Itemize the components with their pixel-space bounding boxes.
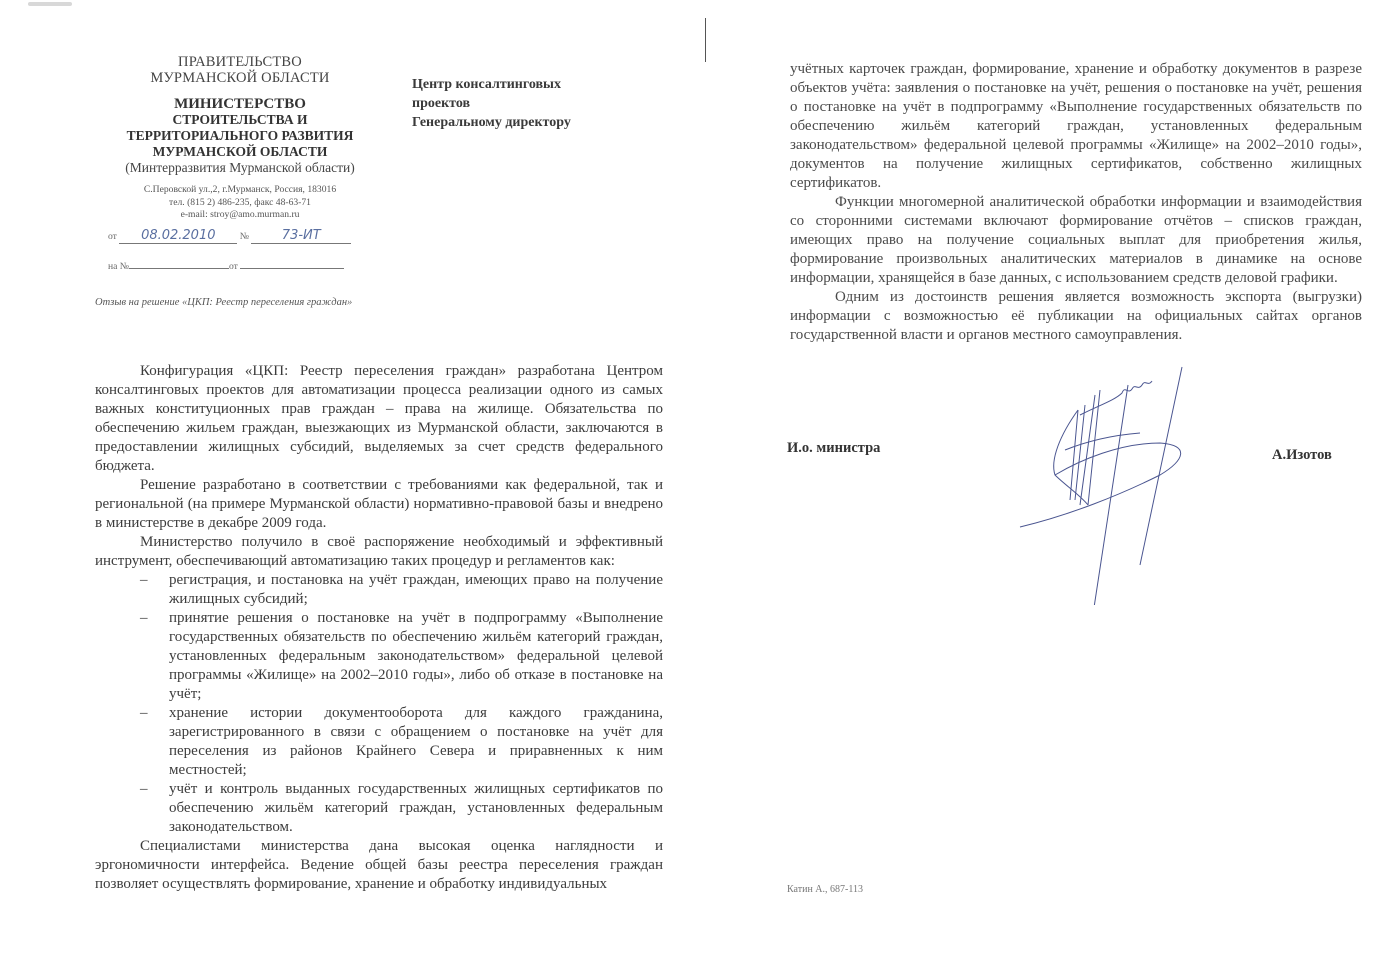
page-fold-line xyxy=(705,18,706,62)
body-right-page: учётных карточек граждан, формирование, … xyxy=(790,60,1362,345)
paragraph: Министерство получило в своё распоряжени… xyxy=(95,533,663,571)
addressee-line: Генеральному директору xyxy=(412,113,571,132)
ref-number-label: на № xyxy=(108,261,129,272)
list-item: регистрация, и постановка на учёт гражда… xyxy=(95,571,663,609)
signer-title: И.о. министра xyxy=(787,440,880,457)
paragraph: Функции многомерной аналитической обрабо… xyxy=(790,193,1362,288)
addressee-line: Центр консалтинговых xyxy=(412,75,571,94)
paragraph: Специалистами министерства дана высокая … xyxy=(95,837,663,894)
addressee-line: проектов xyxy=(412,94,571,113)
number-label: № xyxy=(240,231,249,242)
paragraph: Конфигурация «ЦКП: Реестр переселения гр… xyxy=(95,362,663,476)
email: e-mail: stroy@amo.murman.ru xyxy=(90,209,390,222)
addressee: Центр консалтинговых проектов Генерально… xyxy=(412,75,571,132)
outgoing-date: 08.02.2010 xyxy=(119,228,237,244)
procedures-list: регистрация, и постановка на учёт гражда… xyxy=(95,571,663,837)
from-label: от xyxy=(108,231,117,242)
paragraph-continuation: учётных карточек граждан, формирование, … xyxy=(790,60,1362,193)
list-item: хранение истории документооборота для ка… xyxy=(95,704,663,780)
paragraph: Одним из достоинств решения является воз… xyxy=(790,288,1362,345)
ministry-line: ТЕРРИТОРИАЛЬНОГО РАЗВИТИЯ xyxy=(90,128,390,144)
ref-number-blank xyxy=(129,258,229,269)
contact-block: С.Перовской ул.,2, г.Мурманск, Россия, 1… xyxy=(90,184,390,222)
ministry-line: СТРОИТЕЛЬСТВА И xyxy=(90,112,390,128)
address: С.Перовской ул.,2, г.Мурманск, Россия, 1… xyxy=(90,184,390,197)
handwritten-signature-icon xyxy=(1010,365,1230,605)
ref-date-blank xyxy=(240,258,344,269)
executor-info: Катин А., 687-113 xyxy=(787,884,863,895)
signer-name: А.Изотов xyxy=(1272,447,1332,464)
registration-line: от 08.02.2010 № 73-ИТ xyxy=(108,228,351,244)
body-left-page: Конфигурация «ЦКП: Реестр переселения гр… xyxy=(95,362,663,894)
paragraph: Решение разработано в соответствии с тре… xyxy=(95,476,663,533)
scan-artifact xyxy=(28,2,72,6)
reference-line: на №от xyxy=(108,258,344,272)
ministry-short-name: (Минтерразвития Мурманской области) xyxy=(90,160,390,176)
phone-fax: тел. (815 2) 486-235, факс 48-63-71 xyxy=(90,197,390,210)
government-header: ПРАВИТЕЛЬСТВО МУРМАНСКОЙ ОБЛАСТИ xyxy=(90,54,390,86)
ministry-title: МИНИСТЕРСТВО xyxy=(90,96,390,112)
ministry-line: МУРМАНСКОЙ ОБЛАСТИ xyxy=(90,144,390,160)
letter-subject: Отзыв на решение «ЦКП: Реестр переселени… xyxy=(95,296,375,309)
government-line: МУРМАНСКОЙ ОБЛАСТИ xyxy=(90,70,390,86)
outgoing-number: 73-ИТ xyxy=(251,228,351,244)
ministry-header: МИНИСТЕРСТВО СТРОИТЕЛЬСТВА И ТЕРРИТОРИАЛ… xyxy=(90,96,390,176)
list-item: учёт и контроль выданных государственных… xyxy=(95,780,663,837)
government-line: ПРАВИТЕЛЬСТВО xyxy=(90,54,390,70)
ref-from-label: от xyxy=(229,261,238,272)
list-item: принятие решения о постановке на учёт в … xyxy=(95,609,663,704)
